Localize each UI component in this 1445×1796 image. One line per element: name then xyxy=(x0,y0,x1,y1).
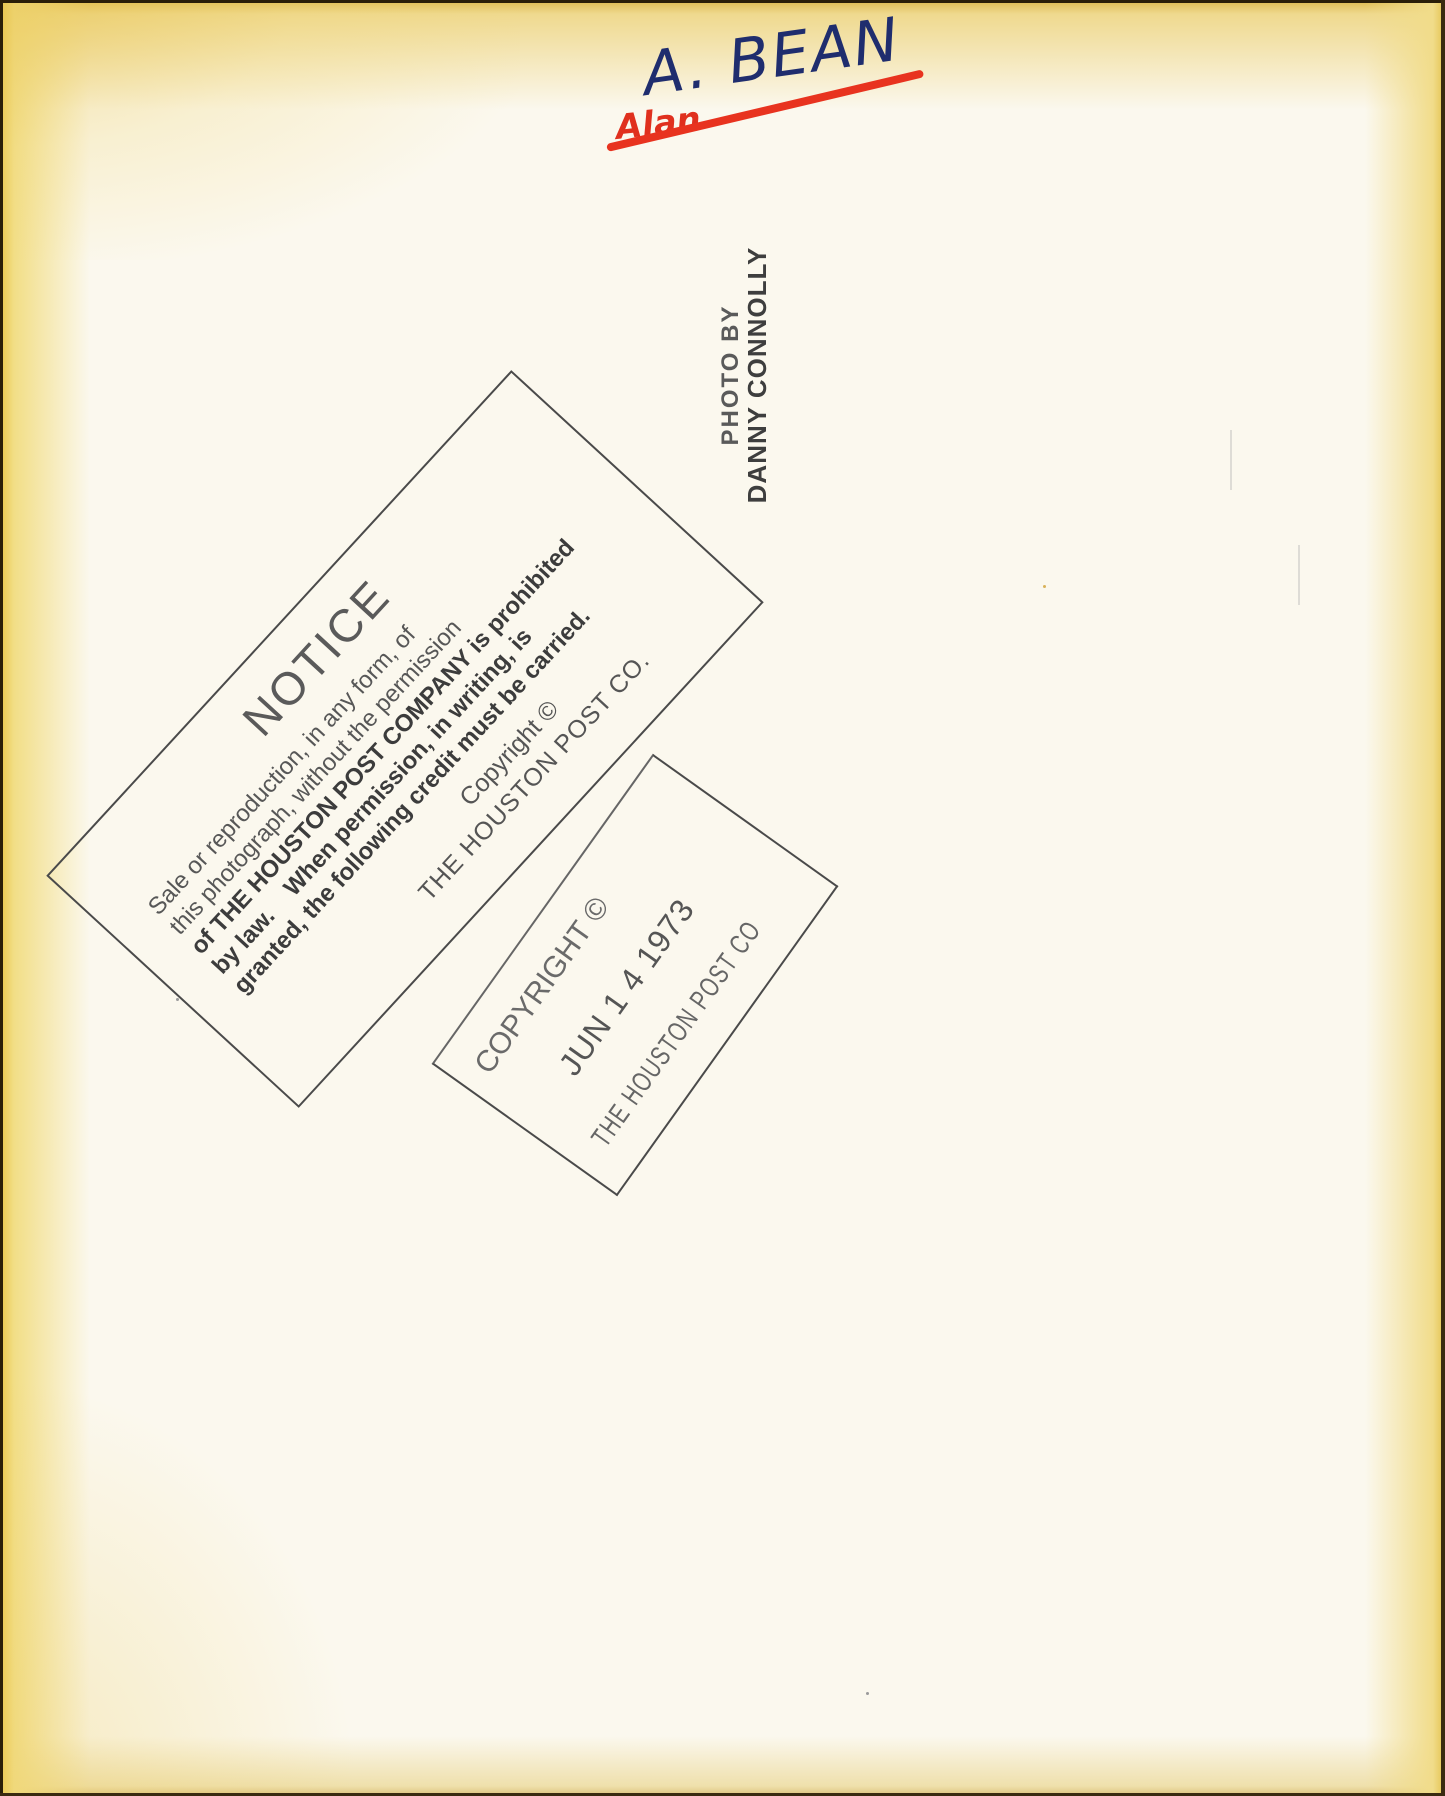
scan-border-top xyxy=(0,0,1445,3)
photo-credit-line1: PHOTO BY xyxy=(717,247,744,504)
paper-speck xyxy=(1043,585,1046,588)
handwritten-signature: A. BEAN xyxy=(638,5,905,110)
paper-speck xyxy=(866,1692,869,1695)
aged-corner-bottom-left xyxy=(0,1376,360,1796)
faint-bleed-mark xyxy=(1298,545,1300,605)
photo-back: A. BEAN Alan PHOTO BY DANNY CONNOLLY NOT… xyxy=(0,0,1445,1796)
aged-corner-top-left xyxy=(0,0,520,260)
scan-border-left xyxy=(0,0,3,1796)
faint-bleed-mark xyxy=(1230,430,1232,490)
photo-credit-photographer: DANNY CONNOLLY xyxy=(744,247,771,504)
paper-speck xyxy=(176,998,179,1001)
scan-border-right xyxy=(1441,0,1445,1796)
